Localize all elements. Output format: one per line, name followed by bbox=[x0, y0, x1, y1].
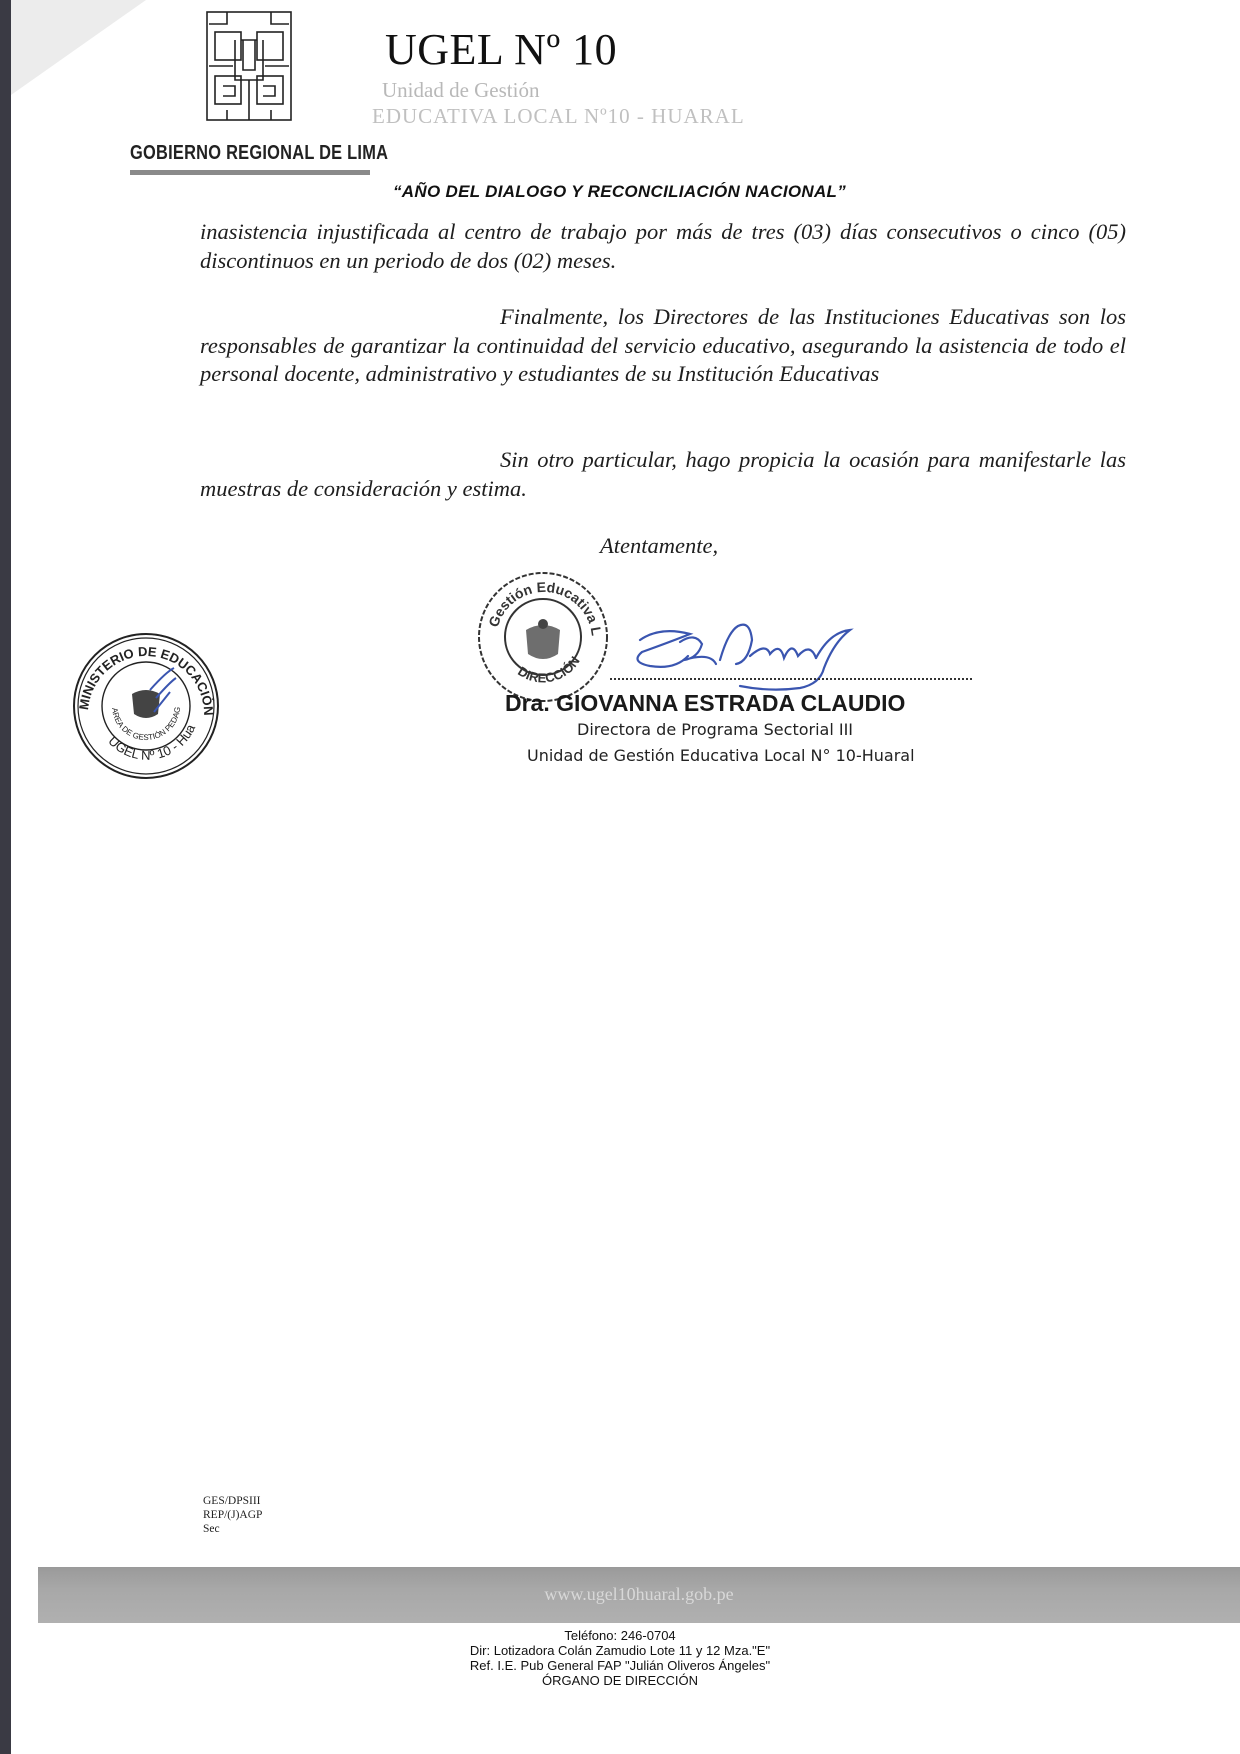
reference-line: Sec bbox=[203, 1522, 262, 1536]
signer-organization: Unidad de Gestión Educativa Local N° 10-… bbox=[527, 746, 915, 765]
ugel-maze-logo-icon bbox=[205, 10, 293, 122]
footer-address: Dir: Lotizadora Colán Zamudio Lote 11 y … bbox=[0, 1643, 1240, 1658]
footer-contact-info: Teléfono: 246-0704 Dir: Lotizadora Colán… bbox=[0, 1628, 1240, 1688]
year-motto: “AÑO DEL DIALOGO Y RECONCILIACIÓN NACION… bbox=[393, 182, 846, 202]
reference-line: GES/DPSIII bbox=[203, 1494, 262, 1508]
svg-text:DIRECCIÓN: DIRECCIÓN bbox=[515, 654, 582, 686]
direction-stamp-icon: Gestión Educativa Local DIRECCIÓN bbox=[474, 568, 612, 706]
footer-phone: Teléfono: 246-0704 bbox=[0, 1628, 1240, 1643]
signer-name: Dra. GIOVANNA ESTRADA CLAUDIO bbox=[505, 690, 905, 717]
body-paragraph-3: Sin otro particular, hago propicia la oc… bbox=[200, 446, 1126, 503]
body-paragraph-2: Finalmente, los Directores de las Instit… bbox=[200, 303, 1126, 389]
header-divider bbox=[130, 170, 370, 175]
institution-subtitle-1: Unidad de Gestión bbox=[382, 78, 539, 103]
ministry-stamp-icon: MINISTERIO DE EDUCACIÓN UGEL Nº 10 - Hua… bbox=[70, 632, 222, 780]
closing-salutation: Atentamente, bbox=[600, 533, 718, 559]
folded-corner bbox=[11, 0, 146, 95]
reference-line: REP/(J)AGP bbox=[203, 1508, 262, 1522]
institution-title: UGEL Nº 10 bbox=[385, 24, 617, 75]
footer-reference: Ref. I.E. Pub General FAP "Julián Oliver… bbox=[0, 1658, 1240, 1673]
regional-government-label: GOBIERNO REGIONAL DE LIMA bbox=[130, 142, 388, 165]
body-paragraph-1: inasistencia injustificada al centro de … bbox=[200, 218, 1126, 275]
institution-subtitle-2: EDUCATIVA LOCAL Nº10 - HUARAL bbox=[372, 104, 745, 129]
document-references: GES/DPSIII REP/(J)AGP Sec bbox=[203, 1494, 262, 1536]
footer-website: www.ugel10huaral.gob.pe bbox=[38, 1584, 1240, 1605]
footer-band: www.ugel10huaral.gob.pe bbox=[38, 1567, 1240, 1623]
signer-role: Directora de Programa Sectorial III bbox=[577, 720, 853, 739]
scan-left-edge bbox=[0, 0, 11, 1754]
handwritten-signature bbox=[620, 612, 880, 692]
footer-department: ÓRGANO DE DIRECCIÓN bbox=[0, 1673, 1240, 1688]
signature-line bbox=[610, 678, 972, 680]
